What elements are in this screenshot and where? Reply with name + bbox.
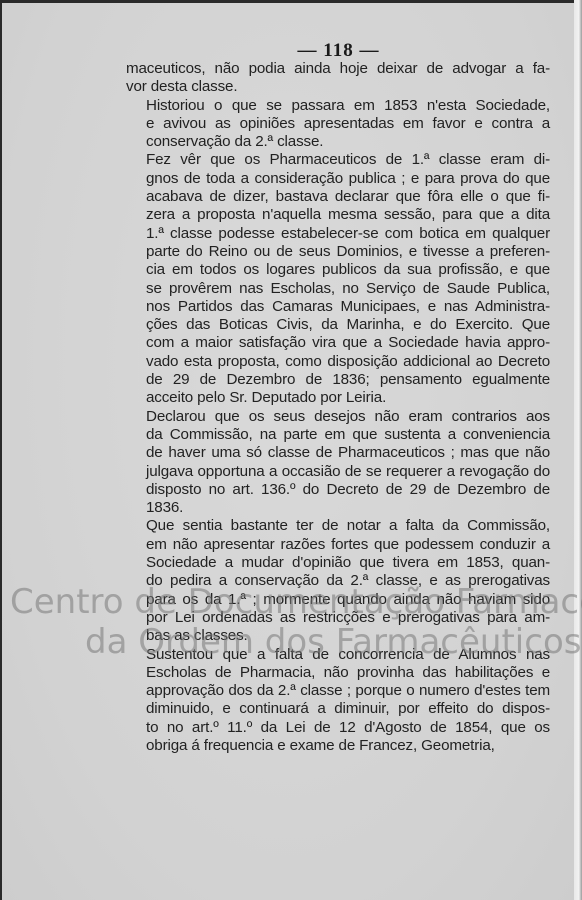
text-line: Sociedade a mudar d'opinião que tivera e… xyxy=(126,554,550,572)
text-line: Fez vêr que os Pharmaceuticos de 1.ª cla… xyxy=(126,151,550,169)
body-text: maceuticos, não podia ainda hoje deixar … xyxy=(126,60,550,755)
text-line: 1.ª classe podesse estabelecer-se com bo… xyxy=(126,225,550,243)
text-line: de haver uma só classe de Pharmaceuticos… xyxy=(126,444,550,462)
page-edge xyxy=(574,0,582,900)
text-line: parte do Reino ou de seus Dominios, e ti… xyxy=(126,243,550,261)
text-line: Que sentia bastante ter de notar a falta… xyxy=(126,517,550,535)
text-line: Sustentou que a falta de concorrencia de… xyxy=(126,646,550,664)
paragraph: Historiou o que se passara em 1853 n'est… xyxy=(126,97,550,152)
text-line: acceito pelo Sr. Deputado por Leiria. xyxy=(126,389,550,407)
text-line: do pedira a conservação da 2.ª classe, e… xyxy=(126,572,550,590)
text-line: se provêrem nas Escholas, no Serviço de … xyxy=(126,280,550,298)
text-line: de 29 de Dezembro de 1836; pensamento eg… xyxy=(126,371,550,389)
text-line: 1836. xyxy=(126,499,550,517)
text-line: conservação da 2.ª classe. xyxy=(126,133,550,151)
paragraph: Declarou que os seus desejos não eram co… xyxy=(126,408,550,518)
paragraph: Que sentia bastante ter de notar a falta… xyxy=(126,517,550,645)
text-line: julgava opportuna a occasião de se reque… xyxy=(126,463,550,481)
text-line: para os da 1.ª ; mormente quando ainda n… xyxy=(126,591,550,609)
page-number: — 118 — xyxy=(298,40,380,61)
text-line: maceuticos, não podia ainda hoje deixar … xyxy=(126,60,550,78)
text-line: por Lei ordenadas as restricções e prero… xyxy=(126,609,550,627)
paragraph: Sustentou que a falta de concorrencia de… xyxy=(126,646,550,756)
text-line: gnos de toda a consideração publica ; e … xyxy=(126,170,550,188)
text-line: vor desta classe. xyxy=(126,78,550,96)
text-line: disposto no art. 136.º do Decreto de 29 … xyxy=(126,481,550,499)
text-line: bas as classes. xyxy=(126,627,550,645)
text-line: Historiou o que se passara em 1853 n'est… xyxy=(126,97,550,115)
text-line: ções das Boticas Civis, da Marinha, e do… xyxy=(126,316,550,334)
paragraph: Fez vêr que os Pharmaceuticos de 1.ª cla… xyxy=(126,151,550,407)
text-line: diminuido, e continuará a diminuir, por … xyxy=(126,700,550,718)
text-line: approvação dos da 2.ª classe ; porque o … xyxy=(126,682,550,700)
paragraph: maceuticos, não podia ainda hoje deixar … xyxy=(126,60,550,97)
text-line: Escholas de Pharmacia, não provinha das … xyxy=(126,664,550,682)
text-line: obriga á frequencia e exame de Francez, … xyxy=(126,737,550,755)
text-line: cia em todos os logares publicos da sua … xyxy=(126,261,550,279)
text-line: com a maior satisfação vira que a Socied… xyxy=(126,334,550,352)
text-line: vado esta proposta, como disposição addi… xyxy=(126,353,550,371)
text-line: nos Partidos das Camaras Municipaes, e n… xyxy=(126,298,550,316)
page-header: — 118 — xyxy=(0,40,582,62)
text-line: zera a proposta n'aquella mesma sessão, … xyxy=(126,206,550,224)
text-line: e avivou as opiniões apresentadas em fav… xyxy=(126,115,550,133)
text-line: acabava de dizer, bastava declarar que f… xyxy=(126,188,550,206)
text-line: to no art.º 11.º da Lei de 12 d'Agosto d… xyxy=(126,719,550,737)
text-line: Declarou que os seus desejos não eram co… xyxy=(126,408,550,426)
text-line: em não apresentar razões fortes que pode… xyxy=(126,536,550,554)
text-line: da Commissão, na parte em que sustenta a… xyxy=(126,426,550,444)
